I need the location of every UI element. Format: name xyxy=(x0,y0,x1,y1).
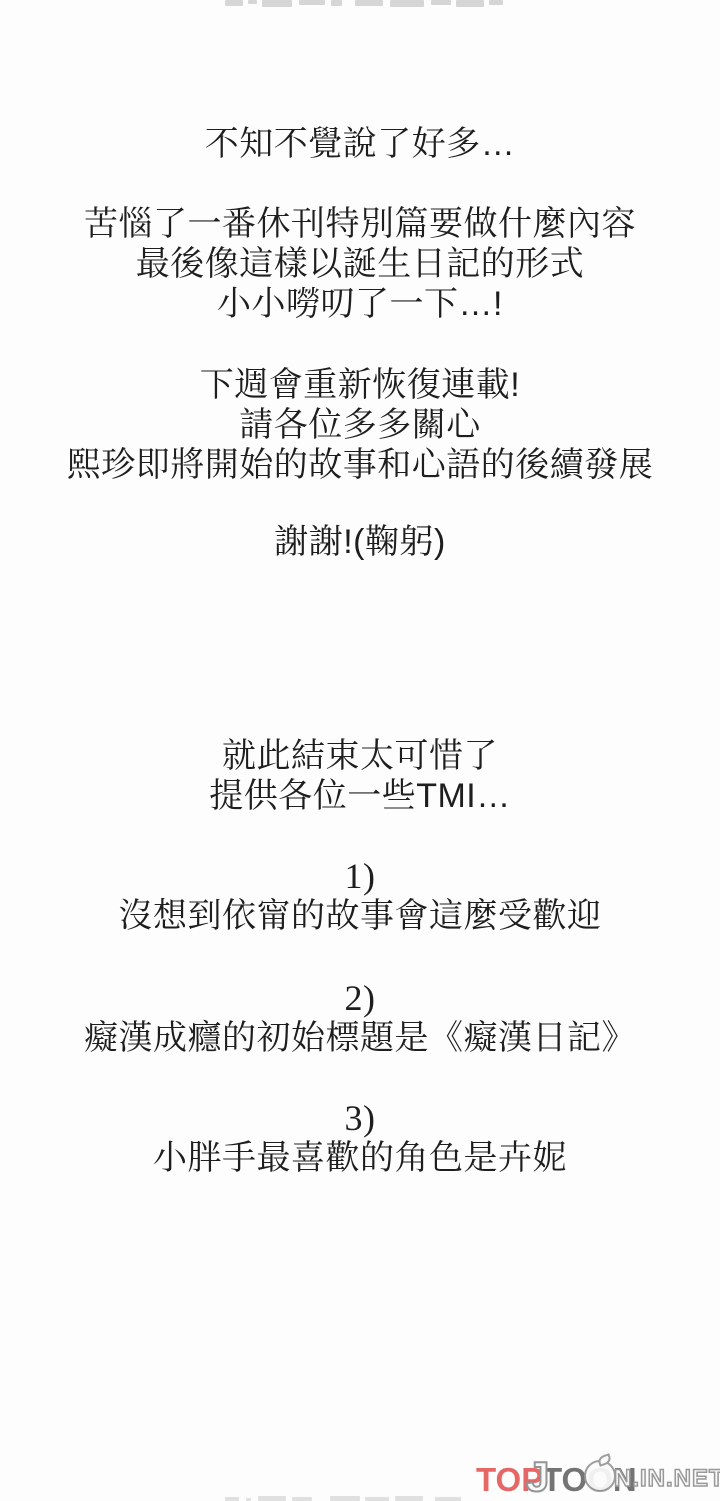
text-line: 最後像這樣以誕生日記的形式 xyxy=(0,244,720,284)
paragraph-resume-serialization: 下週會重新恢復連載! 請各位多多關心 熙珍即將開始的故事和心語的後續發展 xyxy=(0,365,720,485)
text-line: 沒想到依甯的故事會這麼受歡迎 xyxy=(0,896,720,936)
text-line: 謝謝!(鞠躬) xyxy=(0,522,720,562)
text-line: 下週會重新恢復連載! xyxy=(0,365,720,405)
text-fragment xyxy=(330,1496,360,1501)
toptoon-watermark: TOP TOON J N.IN.NET xyxy=(468,1452,720,1501)
tmi-item-1: 1) 沒想到依甯的故事會這麼受歡迎 xyxy=(0,856,720,936)
text-fragment xyxy=(225,0,243,6)
text-fragment xyxy=(258,1496,286,1501)
text-fragment xyxy=(248,0,257,4)
text-fragment xyxy=(489,0,503,5)
text-line: 小胖手最喜歡的角色是卉妮 xyxy=(0,1138,720,1178)
text-fragment xyxy=(355,0,383,6)
paragraph-said-a-lot: 不知不覺說了好多… xyxy=(0,124,720,164)
text-line: 苦惱了一番休刊特別篇要做什麼內容 xyxy=(0,204,720,244)
text-line: 癡漢成癮的初始標題是《癡漢日記》 xyxy=(0,1018,720,1058)
text-fragment xyxy=(456,0,484,7)
text-line: 就此結束太可惜了 xyxy=(0,736,720,776)
text-fragment xyxy=(331,0,342,6)
text-line: 小小嘮叨了一下…! xyxy=(0,284,720,324)
text-fragment xyxy=(390,0,424,7)
text-fragment xyxy=(262,0,292,7)
text-fragment xyxy=(292,1497,312,1501)
paragraph-special-episode: 苦惱了一番休刊特別篇要做什麼內容 最後像這樣以誕生日記的形式 小小嘮叨了一下…! xyxy=(0,204,720,324)
paragraph-tmi-intro: 就此結束太可惜了 提供各位一些TMI… xyxy=(0,736,720,816)
text-line: 不知不覺說了好多… xyxy=(0,124,720,164)
peach-leaf xyxy=(597,1453,612,1467)
afterword-page: 不知不覺說了好多… 苦惱了一番休刊特別篇要做什麼內容 最後像這樣以誕生日記的形式… xyxy=(0,0,720,1501)
tmi-item-3: 3) 小胖手最喜歡的角色是卉妮 xyxy=(0,1098,720,1178)
watermark-overlay-j: J xyxy=(526,1453,549,1501)
text-line: 熙珍即將開始的故事和心語的後續發展 xyxy=(0,445,720,485)
tmi-item-number: 3) xyxy=(0,1098,720,1138)
text-line: 請各位多多關心 xyxy=(0,405,720,445)
tmi-item-2: 2) 癡漢成癮的初始標題是《癡漢日記》 xyxy=(0,978,720,1058)
watermark-overlay-net: N.IN.NET xyxy=(614,1465,720,1493)
paragraph-thanks: 謝謝!(鞠躬) xyxy=(0,522,720,562)
text-line: 提供各位一些TMI… xyxy=(0,776,720,816)
tmi-item-number: 1) xyxy=(0,856,720,896)
text-fragment xyxy=(225,1497,239,1501)
text-fragment xyxy=(395,1496,423,1501)
peach-icon xyxy=(584,1460,616,1492)
text-fragment xyxy=(431,0,451,5)
text-fragment xyxy=(435,1497,461,1501)
text-fragment xyxy=(299,0,325,5)
tmi-item-number: 2) xyxy=(0,978,720,1018)
text-fragment xyxy=(365,1497,389,1501)
